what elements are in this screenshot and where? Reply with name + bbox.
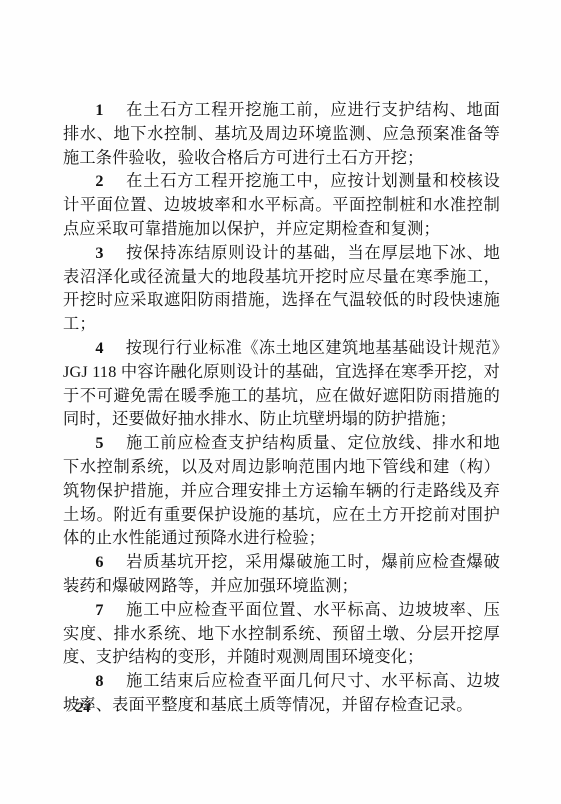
clause-item-1: 1在土石方工程开挖施工前，应进行支护结构、地面排水、地下水控制、基坑及周边环境监… [63, 99, 500, 170]
clause-number: 2 [95, 172, 125, 190]
clause-text: 施工前应检查支护结构质量、定位放线、排水和地下水控制系统，以及对周边影响范围内地… [63, 434, 500, 547]
document-page: 1在土石方工程开挖施工前，应进行支护结构、地面排水、地下水控制、基坑及周边环境监… [0, 0, 561, 804]
clause-text: 按保持冻结原则设计的基础，当在厚层地下冰、地表沼泽化或径流量大的地段基坑开挖时应… [63, 244, 500, 333]
clause-text: 施工结束后应检查平面几何尺寸、水平标高、边坡坡率、表面平整度和基底土质等情况，并… [63, 672, 500, 714]
clause-text: 按现行行业标准《冻土地区建筑地基基础设计规范》JGJ 118 中容许融化原则设计… [63, 339, 500, 428]
page-number: 24 [76, 700, 91, 717]
clause-number: 8 [95, 672, 125, 690]
clause-item-4: 4按现行行业标准《冻土地区建筑地基基础设计规范》JGJ 118 中容许融化原则设… [63, 337, 500, 432]
clause-number: 1 [95, 101, 125, 119]
clause-number: 6 [95, 553, 125, 571]
clause-text: 岩质基坑开挖，采用爆破施工时，爆前应检查爆破装药和爆破网路等，并应加强环境监测； [63, 553, 500, 595]
clause-item-7: 7施工中应检查平面位置、水平标高、边坡坡率、压实度、排水系统、地下水控制系统、预… [63, 599, 500, 670]
clause-item-8: 8施工结束后应检查平面几何尺寸、水平标高、边坡坡率、表面平整度和基底土质等情况，… [63, 670, 500, 718]
clause-text: 施工中应检查平面位置、水平标高、边坡坡率、压实度、排水系统、地下水控制系统、预留… [63, 601, 500, 667]
clause-number: 3 [95, 244, 125, 262]
clause-text: 在土石方工程开挖施工前，应进行支护结构、地面排水、地下水控制、基坑及周边环境监测… [63, 101, 500, 167]
clause-text: 在土石方工程开挖施工中，应按计划测量和校核设计平面位置、边坡坡率和水平标高。平面… [63, 172, 500, 238]
clause-item-3: 3按保持冻结原则设计的基础，当在厚层地下冰、地表沼泽化或径流量大的地段基坑开挖时… [63, 242, 500, 337]
clause-number: 5 [95, 434, 125, 452]
clause-item-5: 5施工前应检查支护结构质量、定位放线、排水和地下水控制系统，以及对周边影响范围内… [63, 432, 500, 551]
clause-item-6: 6岩质基坑开挖，采用爆破施工时，爆前应检查爆破装药和爆破网路等，并应加强环境监测… [63, 551, 500, 599]
clause-number: 4 [95, 339, 125, 357]
clause-number: 7 [95, 601, 125, 619]
clause-item-2: 2在土石方工程开挖施工中，应按计划测量和校核设计平面位置、边坡坡率和水平标高。平… [63, 170, 500, 241]
clause-list: 1在土石方工程开挖施工前，应进行支护结构、地面排水、地下水控制、基坑及周边环境监… [63, 99, 500, 718]
